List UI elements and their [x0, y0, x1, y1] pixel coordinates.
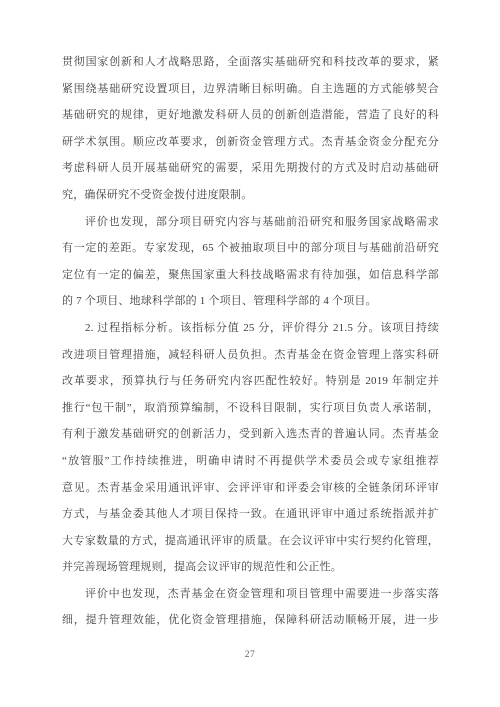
text-line: 并完善现场管理规则，提高会议评审的规范性和公正性。: [62, 554, 439, 581]
text-line: 基础研究的规律，更好地激发科研人员的创新创造潜能，营造了良好的科: [62, 102, 439, 129]
text-line: 定位有一定的偏差，聚焦国家重大科技战略需求有待加强，如信息科学部: [62, 262, 439, 289]
text-line: 有利于激发基础研究的创新活力，受到新入选杰青的普遍认同。杰青基金: [62, 421, 439, 448]
document-page: 贯彻国家创新和人才战略思路，全面落实基础研究和科技改革的要求，紧紧围绕基础研究设…: [0, 0, 500, 707]
text-line: 的 7 个项目、地球科学部的 1 个项目、管理科学部的 4 个项目。: [62, 288, 439, 315]
text-line: 贯彻国家创新和人才战略思路，全面落实基础研究和科技改革的要求，紧: [62, 49, 439, 76]
text-line: 推行“包干制”，取消预算编制，不设科目限制，实行项目负责人承诺制，: [62, 395, 439, 422]
text-line: 意见。杰青基金采用通讯评审、会评评审和评委会审核的全链条闭环评审: [62, 475, 439, 502]
paragraph: 2. 过程指标分析。该指标分值 25 分，评价得分 21.5 分。该项目持续改进…: [62, 315, 439, 581]
text-line: 方式，与基金委其他人才项目保持一致。在通讯评审中通过系统指派并扩: [62, 501, 439, 528]
text-line: 2. 过程指标分析。该指标分值 25 分，评价得分 21.5 分。该项目持续: [62, 315, 439, 342]
text-line: 有一定的差距。专家发现，65 个被抽取项目中的部分项目与基础前沿研究: [62, 235, 439, 262]
text-line: 紧围绕基础研究设置项目，边界清晰目标明确。自主选题的方式能够契合: [62, 76, 439, 103]
text-line: 评价中也发现，杰青基金在资金管理和项目管理中需要进一步落实落: [62, 581, 439, 608]
text-line: 考虑科研人员开展基础研究的需要，采用先期拨付的方式及时启动基础研: [62, 155, 439, 182]
text-line: 研学术氛围。顺应改革要求，创新资金管理方式。杰青基金资金分配充分: [62, 129, 439, 156]
document-body-text: 贯彻国家创新和人才战略思路，全面落实基础研究和科技改革的要求，紧紧围绕基础研究设…: [62, 49, 439, 634]
page-number: 27: [0, 650, 500, 660]
paragraph: 评价中也发现，杰青基金在资金管理和项目管理中需要进一步落实落细，提升管理效能，优…: [62, 581, 439, 634]
text-line: 大专家数量的方式，提高通讯评审的质量。在会议评审中实行契约化管理，: [62, 528, 439, 555]
text-line: “放管服”工作持续推进，明确申请时不再提供学术委员会或专家组推荐: [62, 448, 439, 475]
text-line: 细，提升管理效能，优化资金管理措施，保障科研活动顺畅开展，进一步: [62, 607, 439, 634]
paragraph: 贯彻国家创新和人才战略思路，全面落实基础研究和科技改革的要求，紧紧围绕基础研究设…: [62, 49, 439, 209]
text-line: 评价也发现，部分项目研究内容与基础前沿研究和服务国家战略需求: [62, 209, 439, 236]
text-line: 改革要求，预算执行与任务研究内容匹配性较好。特别是 2019 年制定并: [62, 368, 439, 395]
paragraph: 评价也发现，部分项目研究内容与基础前沿研究和服务国家战略需求有一定的差距。专家发…: [62, 209, 439, 315]
text-line: 改进项目管理措施，减轻科研人员负担。杰青基金在资金管理上落实科研: [62, 342, 439, 369]
text-line: 究，确保研究不受资金拨付进度限制。: [62, 182, 439, 209]
